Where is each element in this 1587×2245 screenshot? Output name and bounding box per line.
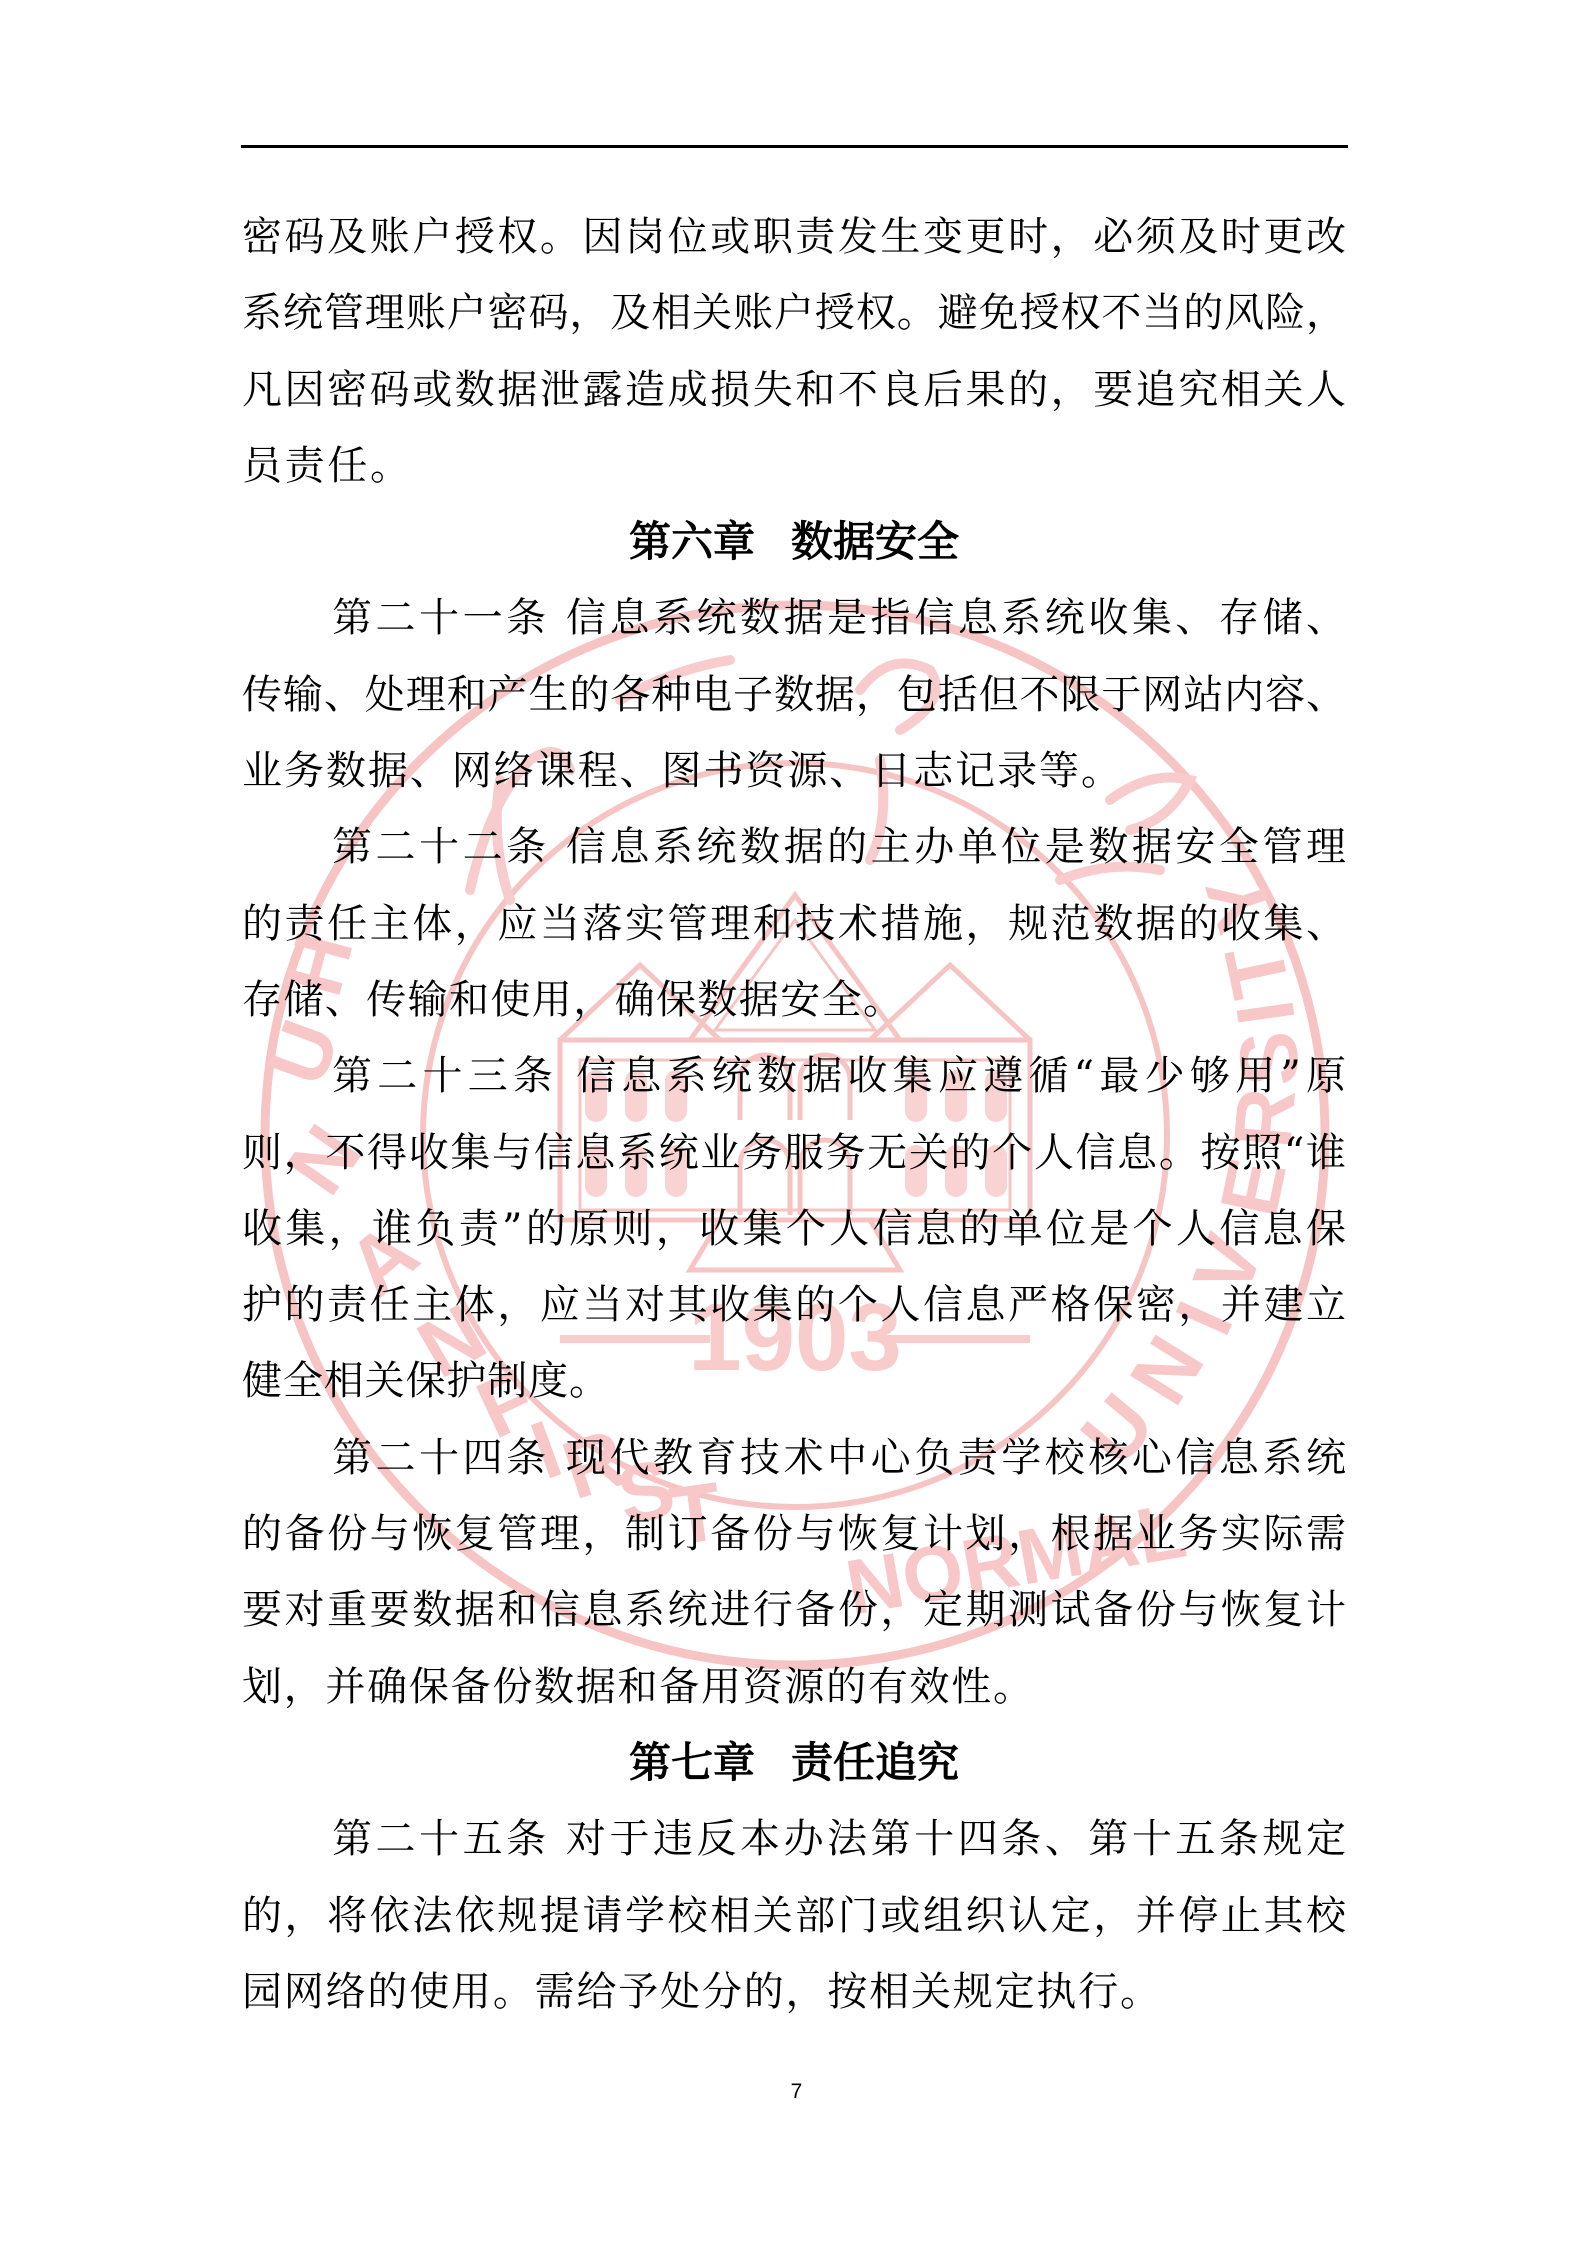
article-first-line: 第二十四条 现代教育技术中心负责学校核心信息系统	[242, 1420, 1346, 1496]
chapter-heading: 第六章数据安全	[242, 504, 1346, 580]
article-first-line: 第二十五条 对于违反本办法第十四条、第十五条规定	[242, 1801, 1346, 1877]
text-line: 则，不得收集与信息系统业务服务无关的个人信息。按照“谁	[242, 1115, 1346, 1191]
text-line: 的，将依法依规提请学校相关部门或组织认定，并停止其校	[242, 1878, 1346, 1954]
text-line: 业务数据、网络课程、图书资源、日志记录等。	[242, 733, 1121, 809]
text-line: 的备份与恢复管理，制订备份与恢复计划，根据业务实际需	[242, 1496, 1346, 1572]
article-first-line: 第二十一条 信息系统数据是指信息系统收集、存储、	[242, 580, 1346, 656]
text-line: 存储、传输和使用，确保数据安全。	[242, 962, 903, 1038]
chapter-number: 第七章	[629, 1725, 755, 1801]
page-number: 7	[0, 2080, 1587, 2104]
text-line: 的责任主体，应当落实管理和技术措施，规范数据的收集、	[242, 886, 1346, 962]
text-line: 系统管理账户密码，及相关账户授权。避免授权不当的风险，	[242, 275, 1346, 351]
document-page: H U N A N F I R S T NORMAL U N I V E R S…	[0, 0, 1587, 2245]
chapter-heading: 第七章责任追究	[242, 1725, 1346, 1801]
text-line: 划，并确保备份数据和备用资源的有效性。	[242, 1649, 1033, 1725]
text-line: 要对重要数据和信息系统进行备份，定期测试备份与恢复计	[242, 1572, 1346, 1648]
chapter-title: 责任追究	[791, 1725, 959, 1801]
chapter-number: 第六章	[629, 504, 755, 580]
text-line: 密码及账户授权。因岗位或职责发生变更时，必须及时更改	[242, 199, 1346, 275]
paragraph: 密码及账户授权。因岗位或职责发生变更时，必须及时更改系统管理账户密码，及相关账户…	[242, 199, 1346, 504]
text-line: 凡因密码或数据泄露造成损失和不良后果的，要追究相关人	[242, 352, 1346, 428]
paragraph: 第二十二条 信息系统数据的主办单位是数据安全管理的责任主体，应当落实管理和技术措…	[242, 809, 1346, 1038]
text-line: 员责任。	[242, 428, 410, 504]
text-line: 健全相关保护制度。	[242, 1343, 609, 1419]
text-line: 收集，谁负责”的原则，收集个人信息的单位是个人信息保	[242, 1191, 1346, 1267]
paragraph: 第二十四条 现代教育技术中心负责学校核心信息系统的备份与恢复管理，制订备份与恢复…	[242, 1420, 1346, 1725]
document-body: 密码及账户授权。因岗位或职责发生变更时，必须及时更改系统管理账户密码，及相关账户…	[242, 199, 1346, 2030]
text-line: 护的责任主体，应当对其收集的个人信息严格保密，并建立	[242, 1267, 1346, 1343]
chapter-title: 数据安全	[791, 504, 959, 580]
article-first-line: 第二十三条 信息系统数据收集应遵循“最少够用”原	[242, 1038, 1346, 1114]
paragraph: 第二十五条 对于违反本办法第十四条、第十五条规定的，将依法依规提请学校相关部门或…	[242, 1801, 1346, 2030]
header-rule	[241, 145, 1348, 148]
article-first-line: 第二十二条 信息系统数据的主办单位是数据安全管理	[242, 809, 1346, 885]
paragraph: 第二十一条 信息系统数据是指信息系统收集、存储、传输、处理和产生的各种电子数据，…	[242, 580, 1346, 809]
text-line: 园网络的使用。需给予处分的，按相关规定执行。	[242, 1954, 1160, 2030]
paragraph: 第二十三条 信息系统数据收集应遵循“最少够用”原则，不得收集与信息系统业务服务无…	[242, 1038, 1346, 1419]
text-line: 传输、处理和产生的各种电子数据，包括但不限于网站内容、	[242, 657, 1346, 733]
